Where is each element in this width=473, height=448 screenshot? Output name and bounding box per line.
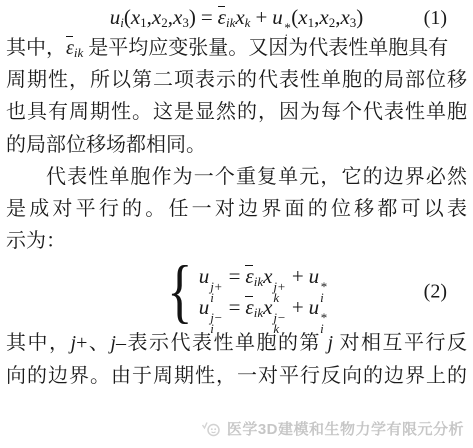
math-token: = (229, 264, 241, 288)
text-run: 向的边界。由于周期性，一对平行反向的边界上的 (6, 365, 467, 387)
text-line: 其中，j+、j–表示代表性单胞的第 j 对相互平行反 (6, 327, 467, 359)
math-token: x (173, 5, 182, 29)
text-run: 其中， (6, 37, 66, 59)
equation-2-rows: uj+i=εikxj+k+u*iuj−i=εikxj−k+u*i (199, 261, 328, 323)
math-token: x (263, 264, 272, 288)
math-token: k (245, 15, 251, 30)
math-token: ik (254, 274, 263, 289)
math-token: ik (254, 305, 263, 320)
math-subscript: i (320, 323, 324, 334)
paragraph-top: 其中，εik 是平均应变张量。又因为代表性单胞具有周期性，所以第二项表示的代表性… (6, 32, 467, 257)
math-token: u (110, 5, 121, 29)
logo-circle-icon (201, 419, 221, 439)
text-line: 代表性单胞作为一个重复单元，它的边界必然 (6, 161, 467, 193)
math-token: x (340, 5, 349, 29)
watermark: 医学3D建模和生物力学有限元分析 (201, 418, 464, 439)
math-token: u (199, 264, 210, 288)
math-token: ( (124, 5, 131, 29)
math-token: + (292, 295, 304, 319)
math-supsub: *i (320, 312, 327, 334)
equation-2-number: (2) (424, 281, 447, 304)
text-run: –表示代表性单胞的第 (116, 332, 328, 354)
equation-1-number: (1) (424, 3, 447, 33)
math-subscript: i (284, 33, 288, 44)
math-token: + (255, 5, 267, 29)
math-token: ) (356, 5, 363, 29)
equation-1-body: ui(x1,x2,x3)=εikxk+u*i(x1,x2,x3) (110, 2, 364, 44)
equation-2: { uj+i=εikxj+k+u*iuj−i=εikxj−k+u*i (2) (6, 257, 467, 327)
text-run: 其中， (6, 332, 71, 354)
math-token: x (298, 5, 307, 29)
text-run: 是成对平行的。任一对边界面的位移都可以表 (6, 198, 467, 220)
math-token: x (263, 295, 272, 319)
math-token: ik (226, 15, 235, 30)
math-token: u (272, 5, 283, 29)
math-token: + (292, 264, 304, 288)
text-run: 也具有周期性。这是显然的，因为每个代表性单胞 (6, 101, 467, 123)
math-token: ) (189, 5, 196, 29)
text-line: 周期性，所以第二项表示的代表性单胞的局部位移 (6, 64, 467, 96)
math-token: = (229, 295, 241, 319)
math-token: x (235, 5, 244, 29)
math-supsub: j−k (273, 312, 285, 334)
math-token: x (319, 5, 328, 29)
math-token: x (152, 5, 161, 29)
math-subscript: i (210, 323, 214, 334)
text-line: 也具有周期性。这是显然的，因为每个代表性单胞 (6, 96, 467, 128)
math-token: x (131, 5, 140, 29)
equation-2-row: uj+i=εikxj+k+u*i (199, 261, 328, 292)
text-run: 周期性，所以第二项表示的代表性单胞的局部位移 (6, 69, 467, 91)
math-token: u (309, 295, 320, 319)
text-line: 向的边界。由于周期性，一对平行反向的边界上的 (6, 360, 467, 392)
math-token: ε (245, 261, 253, 292)
math-token: = (201, 5, 213, 29)
text-run: 对相互平行反 (333, 332, 467, 354)
math-token: ε (218, 2, 226, 32)
math-supsub: *i (284, 22, 291, 44)
paragraph-bottom: 其中，j+、j–表示代表性单胞的第 j 对相互平行反向的边界。由于周期性，一对平… (6, 327, 467, 391)
document-page: ui(x1,x2,x3)=εikxk+u*i(x1,x2,x3) (1) 其中，… (0, 0, 473, 448)
text-line: 的局部位移场都相同。 (6, 129, 467, 161)
left-brace: { (167, 257, 192, 328)
equation-1: ui(x1,x2,x3)=εikxk+u*i(x1,x2,x3) (1) (6, 2, 467, 32)
inline-math: εik (66, 37, 83, 59)
math-token: u (309, 264, 320, 288)
equation-2-row: uj−i=εikxj−k+u*i (199, 292, 328, 323)
text-run: 的局部位移场都相同。 (6, 134, 206, 156)
text-line: 是成对平行的。任一对边界面的位移都可以表 (6, 193, 467, 225)
math-subscript: k (273, 323, 279, 334)
math-token: ε (66, 32, 74, 64)
math-token: u (199, 295, 210, 319)
text-run: 示为： (6, 230, 66, 252)
math-token: ε (245, 292, 253, 323)
math-supsub: j−i (210, 312, 222, 334)
equation-2-cases: { uj+i=εikxj+k+u*iuj−i=εikxj−k+u*i (164, 257, 328, 327)
text-line: 示为： (6, 225, 467, 257)
math-token: ik (74, 45, 83, 60)
text-run: 代表性单胞作为一个重复单元，它的边界必然 (46, 166, 467, 188)
text-run: +、 (76, 332, 110, 354)
watermark-text: 医学3D建模和生物力学有限元分析 (227, 418, 464, 439)
